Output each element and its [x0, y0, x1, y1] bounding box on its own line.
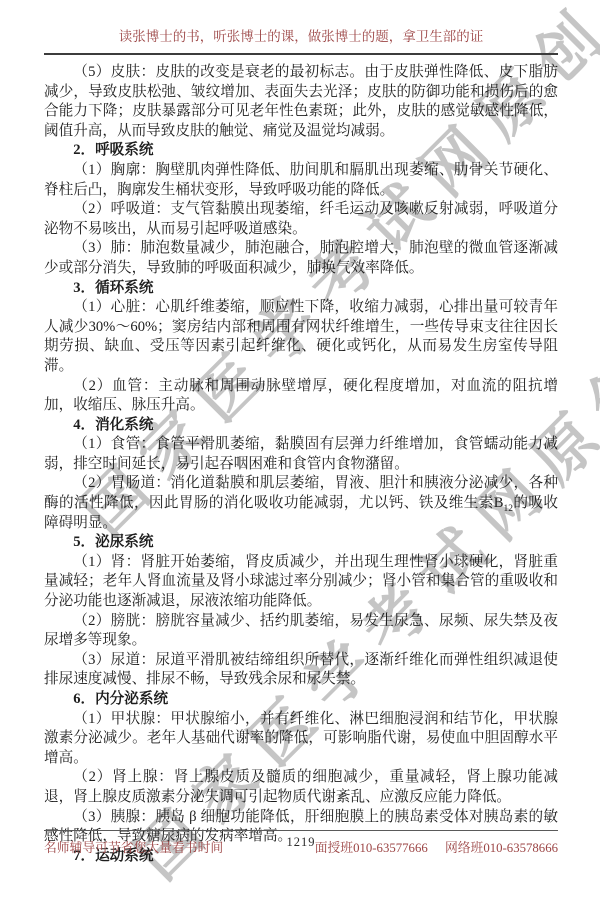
paragraph-urethra: （3）尿道：尿道平滑肌被结缔组织所替代，逐渐纤维化而弹性组织减退使排尿速度减慢、… [44, 651, 558, 690]
footer-phone-online: 网络班010-63578666 [445, 841, 558, 855]
paragraph-skin: （5）皮肤：皮肤的改变是衰老的最初标志。由于皮肤弹性降低、皮下脂肪减少，导致皮肤… [44, 63, 558, 141]
paragraph-gastrointestinal: （2）胃肠道：消化道黏膜和肌层萎缩，胃液、胆汁和胰液分泌减少，各种酶的活性降低，… [44, 474, 558, 533]
footer-contacts: 面授班010-63577666 网络班010-63578666 [315, 837, 558, 856]
footer-phone-onsite: 面授班010-63577666 [315, 841, 428, 855]
section-heading-endocrine: 6．内分泌系统 [44, 690, 558, 710]
page-header: 读张博士的书，听张博士的课，做张博士的题，拿卫生部的证 [44, 28, 558, 55]
section-heading-urinary: 5．泌尿系统 [44, 533, 558, 553]
paragraph-lung: （3）肺：肺泡数量减少，肺泡融合，肺泡腔增大，肺泡壁的微血管逐渐减少或部分消失，… [44, 239, 558, 278]
section-heading-circulatory: 3．循环系统 [44, 279, 558, 299]
page-footer: 名师辅导可节省您大量看书时间 1219 面授班010-63577666 网络班0… [44, 830, 558, 857]
header-slogan: 读张博士的书，听张博士的课，做张博士的题，拿卫生部的证 [44, 28, 558, 46]
paragraph-bladder: （2）膀胱：膀胱容量减少、括约肌萎缩，易发生尿急、尿频、尿失禁及夜尿增多等现象。 [44, 612, 558, 651]
paragraph-adrenal: （2）肾上腺：肾上腺皮质及髓质的细胞减少，重量减轻，肾上腺功能减退，肾上腺皮质激… [44, 768, 558, 807]
paragraph-heart: （1）心脏：心肌纤维萎缩，顺应性下降，收缩力减弱，心排出量可较青年人减少30%～… [44, 298, 558, 376]
section-heading-digestive: 4．消化系统 [44, 416, 558, 436]
paragraph-text: （2）胃肠道：消化道黏膜和肌层萎缩，胃液、胆汁和胰液分泌减少，各种酶的活性降低，… [44, 475, 558, 511]
paragraph-vessels: （2）血管：主动脉和周围动脉壁增厚，硬化程度增加，对血流的阻抗增加，收缩压、脉压… [44, 377, 558, 416]
section-heading-respiratory: 2．呼吸系统 [44, 141, 558, 161]
paragraph-thorax: （1）胸廓：胸壁肌肉弹性降低、肋间肌和膈肌出现萎缩、肋骨关节硬化、脊柱后凸，胸廓… [44, 161, 558, 200]
subscript-b12: 12 [504, 504, 514, 514]
page-body: （5）皮肤：皮肤的改变是衰老的最初标志。由于皮肤弹性降低、皮下脂肪减少，导致皮肤… [44, 63, 558, 866]
paragraph-thyroid: （1）甲状腺：甲状腺缩小，并有纤维化、淋巴细胞浸润和结节化，甲状腺激素分泌减少。… [44, 710, 558, 769]
paragraph-kidney: （1）肾：肾脏开始萎缩，肾皮质减少，并出现生理性肾小球硬化，肾脏重量减轻；老年人… [44, 553, 558, 612]
paragraph-airway: （2）呼吸道：支气管黏膜出现萎缩，纤毛运动及咳嗽反射减弱，呼吸道分泌物不易咳出，… [44, 200, 558, 239]
page: 国家医学考试网原创 国家医学考试网原创 读张博士的书，听张博士的课，做张博士的题… [0, 0, 600, 912]
paragraph-esophagus: （1）食管：食管平滑肌萎缩，黏膜固有层弹力纤维增加，食管蠕动能力减弱，排空时间延… [44, 435, 558, 474]
